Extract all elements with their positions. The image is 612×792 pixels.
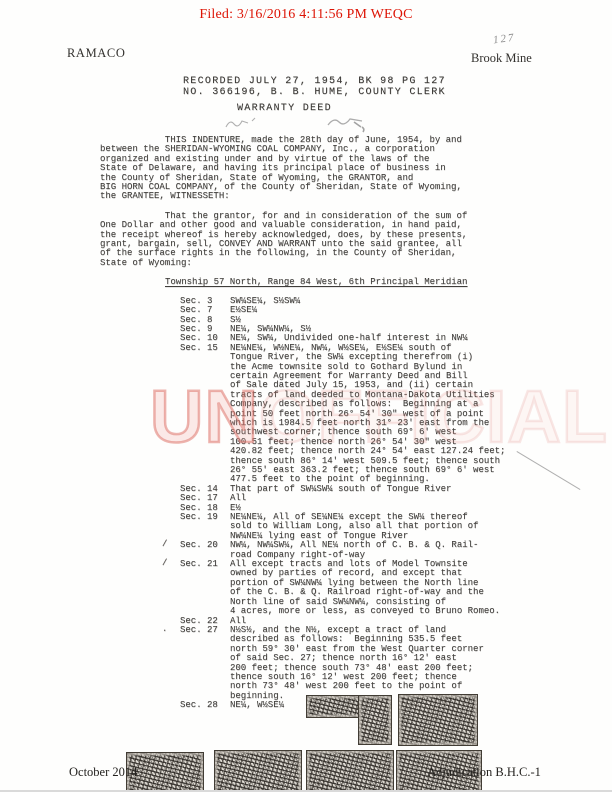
section-checkmark: /: [162, 559, 167, 568]
handwritten-scribble: [220, 114, 390, 136]
section-description: All except tracts and lots of Model Town…: [230, 560, 520, 616]
document-page: Filed: 3/16/2016 4:11:56 PM WEQC RAMACO …: [0, 0, 612, 792]
header-right-label: Brook Mine: [471, 51, 532, 66]
section-label: Sec. 19: [180, 513, 218, 522]
section-row: .Sec. 27N½S½, and the N½, except a tract…: [100, 626, 520, 701]
handwritten-page-number: 127: [492, 32, 516, 47]
section-description: NE¼NE¼, All of SE¼NE¼ except the SW¼ the…: [230, 513, 520, 541]
section-row: Sec. 17All: [100, 494, 520, 503]
section-row: /Sec. 21All except tracts and lots of Mo…: [100, 560, 520, 616]
section-description: All: [230, 494, 520, 503]
section-row: Sec. 15NE¼NE¼, W½NE¼, NW¼, W½SE¼, E½SE¼ …: [100, 344, 520, 485]
deed-body: THIS INDENTURE, made the 28th day of Jun…: [100, 136, 520, 711]
section-label: Sec. 20: [180, 541, 218, 550]
section-description: SW¼SE¼, S½SW¼: [230, 297, 520, 306]
recorder-stamp-bottom-3: [306, 750, 394, 792]
section-checkmark: .: [162, 625, 167, 634]
recorder-stamp-bottom-2: [214, 750, 302, 792]
footer-left-label: October 2014: [69, 765, 137, 780]
section-description: N½S½, and the N½, except a tract of land…: [230, 626, 520, 701]
section-row: Sec. 14That part of SW¼SW¼ south of Tong…: [100, 485, 520, 494]
township-heading: Township 57 North, Range 84 West, 6th Pr…: [165, 278, 520, 287]
recorder-stamp-top-left-column: [358, 695, 392, 745]
recording-line-2: NO. 366196, B. B. HUME, COUNTY CLERK: [183, 87, 446, 98]
deed-paragraph: THIS INDENTURE, made the 28th day of Jun…: [100, 136, 520, 202]
recorder-stamp-top-right: [398, 694, 478, 746]
section-label: Sec. 27: [180, 626, 218, 635]
section-row: Sec. 19NE¼NE¼, All of SE¼NE¼ except the …: [100, 513, 520, 541]
deed-title: WARRANTY DEED: [183, 103, 446, 114]
section-description: E½SE¼: [230, 306, 520, 315]
pen-stroke-mark: [516, 451, 580, 490]
recorder-stamp-bottom-1: [126, 752, 204, 792]
section-description: NE¼NE¼, W½NE¼, NW¼, W½SE¼, E½SE¼ south o…: [230, 344, 520, 485]
recording-block: RECORDED JULY 27, 1954, BK 98 PG 127 NO.…: [183, 76, 446, 114]
sections-list: Sec. 3SW¼SE¼, S½SW¼Sec. 7E½SE¼Sec. 8S½Se…: [100, 297, 520, 711]
recording-line-1: RECORDED JULY 27, 1954, BK 98 PG 127: [183, 76, 446, 87]
section-label: Sec. 21: [180, 560, 218, 569]
section-checkmark: /: [162, 540, 167, 549]
deed-paragraph: That the grantor, for and in considerati…: [100, 212, 520, 268]
section-row: Sec. 7E½SE¼: [100, 306, 520, 315]
footer-right-label: Adjudication B.H.C.-1: [427, 765, 541, 780]
section-label: Sec. 15: [180, 344, 218, 353]
paragraphs-block: THIS INDENTURE, made the 28th day of Jun…: [100, 136, 520, 268]
header-left-label: RAMACO: [67, 46, 125, 61]
section-label: Sec. 28: [180, 701, 218, 710]
filed-stamp: Filed: 3/16/2016 4:11:56 PM WEQC: [0, 7, 612, 23]
section-description: That part of SW¼SW¼ south of Tongue Rive…: [230, 485, 520, 494]
section-row: Sec. 3SW¼SE¼, S½SW¼: [100, 297, 520, 306]
section-description: NW¼, NW¼SW¼, All NE¼ north of C. B. & Q.…: [230, 541, 520, 560]
